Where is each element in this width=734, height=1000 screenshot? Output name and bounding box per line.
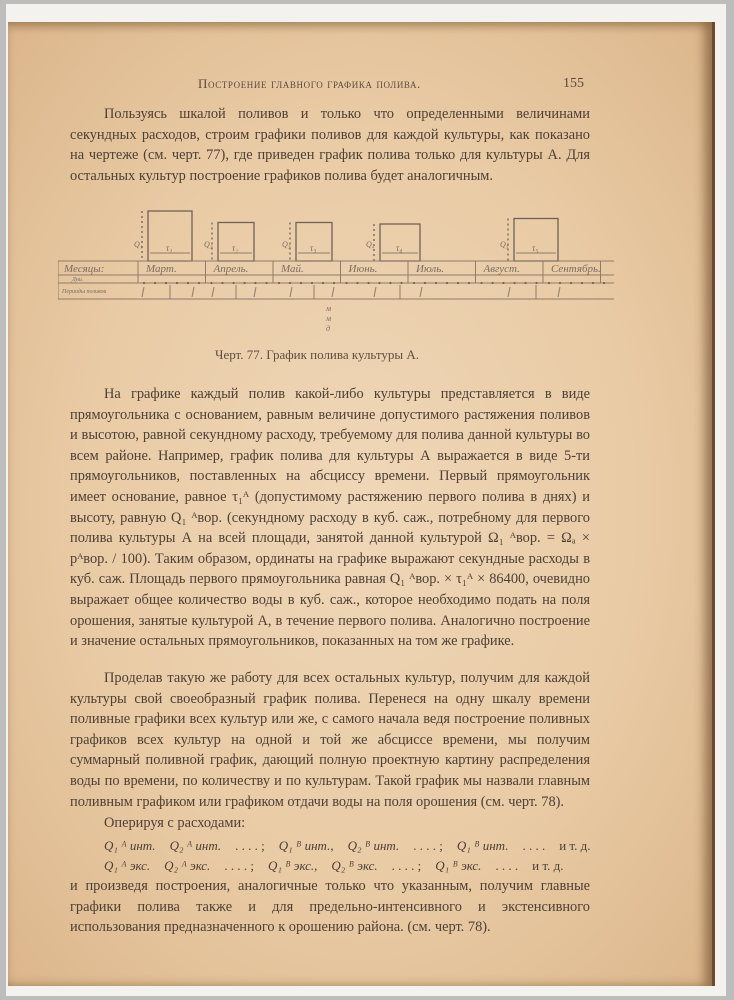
svg-text:τ₄: τ₄ [396, 243, 402, 253]
formula-term: . . . . [495, 858, 518, 874]
svg-text:Май.: Май. [280, 263, 304, 275]
formula-term: и т. д. [532, 858, 563, 874]
svg-text:τ₅: τ₅ [532, 243, 538, 253]
paragraph-5: и произведя построения, аналогичные толь… [70, 876, 590, 938]
svg-text:Q₅: Q₅ [500, 240, 509, 249]
paragraph-3: Проделав такую же работу для всех осталь… [70, 668, 590, 812]
formula-term: Q₁ ᴮ инт. [457, 838, 509, 854]
formula-term: . . . . [522, 838, 545, 854]
formula-term: Q₁ ᴮ экс., [268, 858, 317, 874]
svg-text:τ₂: τ₂ [232, 243, 238, 253]
svg-text:Q₂: Q₂ [204, 240, 213, 249]
formula-term: Q₂ ᴮ инт. [348, 838, 400, 854]
irrigation-schedule-diagram: τ₁Q₁τ₂Q₂τ₃Q₃τ₄Q₄τ₅Q₅Месяцы:Дни.Периоды п… [58, 205, 614, 335]
page-number: 155 [563, 76, 584, 92]
svg-text:Дни.: Дни. [71, 277, 83, 283]
svg-text:Q₃: Q₃ [282, 240, 291, 249]
paragraph-2: На графике каждый полив какой-либо культ… [70, 384, 590, 652]
paragraph-5-text: и произведя построения, аналогичные толь… [70, 878, 590, 935]
svg-text:Q₁: Q₁ [134, 240, 143, 249]
running-head: Построение главного графика полива. [198, 76, 572, 92]
formula-term: Q₁ ᴬ инт. [104, 838, 156, 854]
formula-term: . . . . ; [235, 838, 265, 854]
svg-text:д: д [326, 324, 330, 333]
formula-term: и т. д. [559, 838, 590, 854]
svg-text:Сентябрь.: Сентябрь. [551, 263, 601, 275]
svg-text:Апрель.: Апрель. [213, 263, 249, 275]
svg-text:Август.: Август. [483, 263, 520, 275]
paragraph-3-text: Проделав такую же работу для всех осталь… [70, 670, 590, 810]
formula-row-intensive: Q₁ ᴬ инт.Q₂ ᴬ инт.. . . . ;Q₁ ᴮ инт.,Q₂ … [104, 838, 590, 854]
formula-term: Q₂ ᴬ экс. [164, 858, 210, 874]
formula-term: Q₁ ᴬ экс. [104, 858, 150, 874]
paragraph-1-text: Пользуясь шкалой поливов и только что оп… [70, 106, 590, 184]
paragraph-2-text: На графике каждый полив какой-либо культ… [70, 386, 590, 649]
paragraph-4-text: Оперируя с расходами: [104, 815, 245, 831]
svg-text:τ₁: τ₁ [166, 243, 172, 253]
formula-term: . . . . ; [392, 858, 422, 874]
formula-term: . . . . ; [224, 858, 254, 874]
svg-text:Июнь.: Июнь. [348, 263, 378, 275]
svg-text:м: м [325, 314, 331, 323]
svg-text:Месяцы:: Месяцы: [63, 263, 104, 275]
svg-text:Периоды поливов: Периоды поливов [61, 288, 107, 295]
svg-text:Q₄: Q₄ [366, 240, 375, 249]
figure-caption: Черт. 77. График полива культуры А. [215, 347, 419, 363]
formula-term: Q₁ ᴮ экс. [435, 858, 481, 874]
formula-term: Q₂ ᴮ экс. [331, 858, 377, 874]
svg-text:τ₃: τ₃ [310, 243, 316, 253]
svg-text:Июль.: Июль. [415, 263, 444, 275]
formula-term: . . . . ; [413, 838, 443, 854]
paragraph-1: Пользуясь шкалой поливов и только что оп… [70, 104, 590, 186]
formula-row-extensive: Q₁ ᴬ экс.Q₂ ᴬ экс.. . . . ;Q₁ ᴮ экс.,Q₂ … [104, 858, 563, 874]
svg-text:м: м [325, 304, 331, 313]
svg-text:Март.: Март. [145, 263, 177, 275]
formula-term: Q₁ ᴮ инт., [279, 838, 334, 854]
paragraph-4: Оперируя с расходами: [70, 813, 590, 834]
formula-term: Q₂ ᴬ инт. [170, 838, 222, 854]
